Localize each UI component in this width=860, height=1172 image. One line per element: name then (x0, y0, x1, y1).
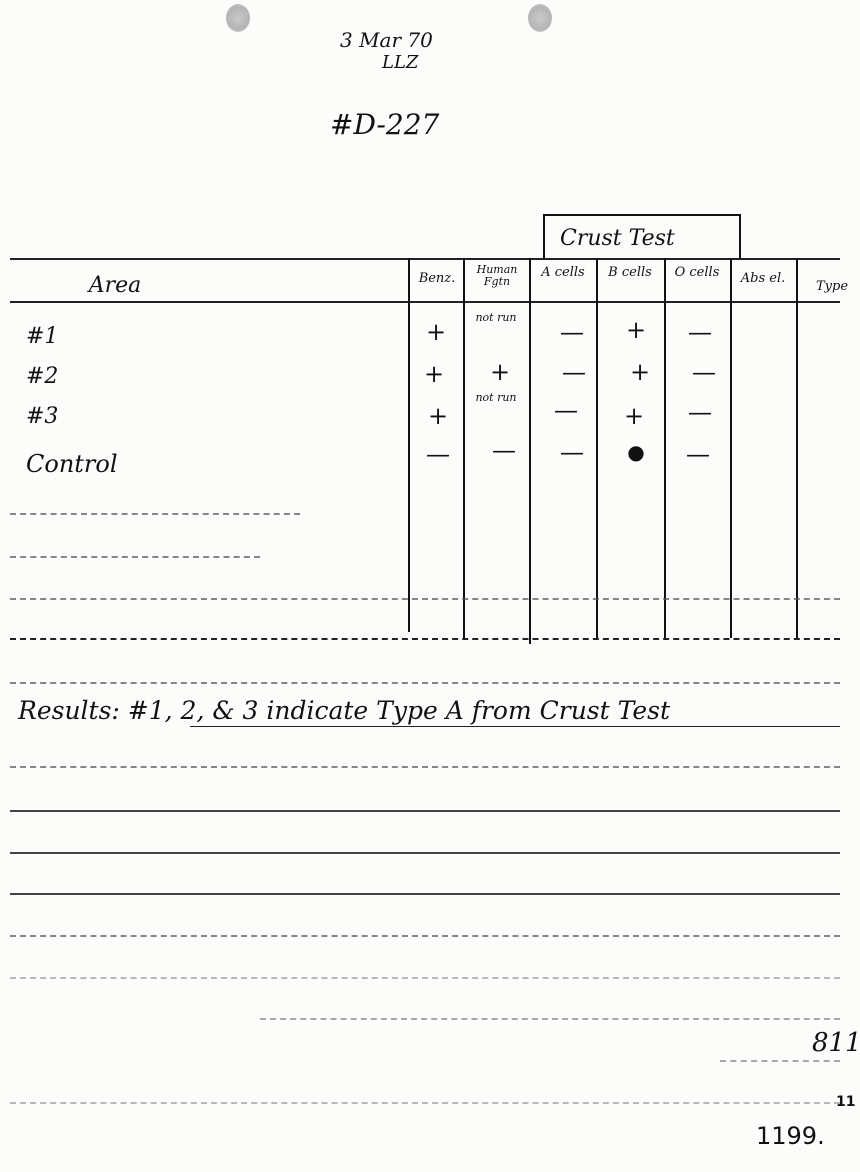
ruled-line (10, 810, 840, 812)
b-cells-value: + (604, 404, 664, 428)
punch-hole-right (528, 4, 552, 32)
b-cells-value: + (610, 360, 670, 384)
a-cells-value: — (544, 360, 604, 384)
results-text: Results: #1, 2, & 3 indicate Type A from… (18, 696, 670, 725)
human-value: — (474, 438, 534, 462)
col-header-area: Area (60, 274, 170, 297)
col-header-type: Type (804, 280, 860, 294)
crust-test-header: Crust Test (560, 226, 675, 251)
ruled-line (10, 977, 840, 979)
margin-mark: 11 (836, 1094, 855, 1110)
benz-value: + (406, 320, 466, 344)
ruled-line (10, 1102, 840, 1104)
ruled-line (10, 682, 840, 684)
col-divider (796, 258, 798, 638)
area-label: Control (26, 450, 118, 478)
o-cells-value: — (670, 400, 730, 424)
o-cells-value: — (670, 320, 730, 344)
col-header-a-cells: A cells (532, 266, 594, 280)
ruled-line (10, 766, 840, 768)
o-cells-value: — (668, 442, 728, 466)
table-top-rule (10, 258, 840, 260)
benz-value: — (408, 442, 468, 466)
ruled-line (10, 556, 260, 558)
case-number: #D-227 (330, 108, 439, 141)
table-header-rule (10, 301, 840, 303)
b-cells-value: + (606, 318, 666, 342)
ruled-line (10, 852, 840, 854)
a-cells-value: — (542, 320, 602, 344)
o-cells-value: — (674, 360, 734, 384)
document-number: 1199. (756, 1122, 825, 1150)
ruled-line (10, 893, 840, 895)
area-label: #1 (26, 324, 58, 349)
ruled-line (720, 1060, 840, 1062)
col-divider (730, 258, 732, 638)
table-bottom-rule (10, 638, 840, 640)
col-header-o-cells: O cells (666, 266, 728, 280)
a-cells-value: — (536, 398, 596, 422)
ruled-line (10, 598, 840, 600)
ruled-line (10, 513, 300, 515)
ruled-line (10, 935, 840, 937)
human-value: + (470, 360, 530, 384)
b-cells-value: ● (606, 442, 666, 462)
a-cells-value: — (542, 440, 602, 464)
col-header-human: Human Fgtn (466, 264, 528, 287)
col-header-b-cells: B cells (598, 266, 662, 280)
area-label: #2 (26, 364, 58, 389)
col-header-abs-el: Abs el. (732, 272, 794, 286)
area-label: #3 (26, 404, 58, 429)
human-value: not run (466, 392, 526, 404)
page-reference: 811 (812, 1028, 860, 1058)
ruled-line (260, 1018, 840, 1020)
benz-value: + (408, 404, 468, 428)
human-value: not run (466, 312, 526, 324)
punch-hole-left (226, 4, 250, 32)
benz-value: + (404, 362, 464, 386)
col-header-benz: Benz. (410, 272, 464, 286)
initials: LLZ (382, 52, 418, 73)
date: 3 Mar 70 (340, 28, 433, 52)
ruled-line (190, 726, 840, 727)
